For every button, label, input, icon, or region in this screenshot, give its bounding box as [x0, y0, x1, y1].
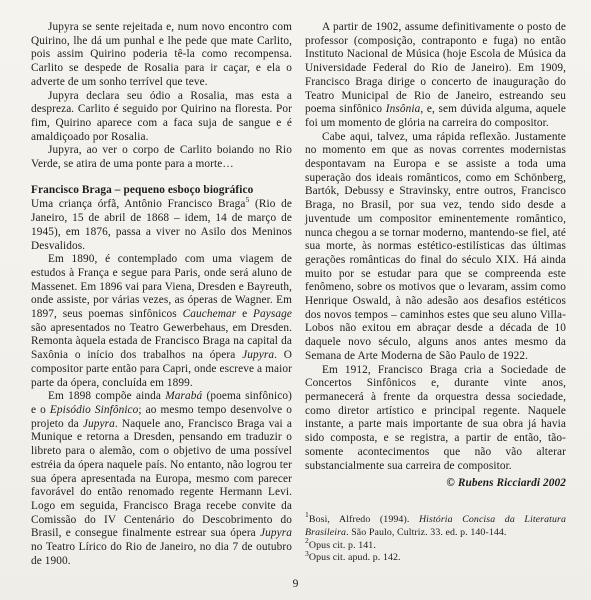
- text-run: Insônia: [386, 103, 421, 115]
- paragraph: Cabe aqui, talvez, uma rápida reflexão. …: [305, 131, 566, 364]
- text-run: Marabá: [165, 390, 202, 402]
- text-run: Episódio Sinfônico: [50, 404, 139, 416]
- text-run: Opus cit. apud. p. 142.: [309, 552, 401, 563]
- footnote-marker: 1: [305, 510, 309, 519]
- paragraph: Jupyra declara seu ódio a Rosalia, mas e…: [31, 90, 292, 145]
- text-run: Em 1898 compõe ainda: [48, 390, 165, 402]
- paragraph: A partir de 1902, assume definitivamente…: [305, 21, 566, 131]
- text-run: Paysage: [253, 308, 292, 320]
- text-run: Jupyra, ao ver o corpo de Carlito boiand…: [31, 144, 292, 170]
- footnote-marker: 2: [305, 536, 309, 545]
- paragraph: Jupyra, ao ver o corpo de Carlito boiand…: [31, 144, 292, 171]
- text-run: © Rubens Ricciardi 2002: [446, 477, 566, 489]
- text-run: Cauchemar: [183, 308, 237, 320]
- text-run: A partir de 1902, assume definitivamente…: [305, 21, 566, 115]
- section-heading: Francisco Braga – pequeno esboço biográf…: [31, 184, 292, 198]
- paragraph: Em 1898 compõe ainda Marabá (poema sinfô…: [31, 390, 292, 568]
- paragraph: Uma criança órfã, Antônio Francisco Brag…: [31, 198, 292, 253]
- text-run: Em 1912, Francisco Braga cria a Sociedad…: [305, 364, 566, 472]
- author-signature: © Rubens Ricciardi 2002: [305, 477, 566, 491]
- text-run: Jupyra: [242, 349, 274, 361]
- page-number: 9: [0, 578, 591, 590]
- footnote: 1Bosi, Alfredo (1994). História Concisa …: [305, 514, 566, 540]
- text-run: Opus cit. p. 141.: [309, 540, 376, 551]
- text-run: Jupyra se sente rejeitada e, num novo en…: [31, 21, 292, 88]
- text-run: no Teatro Lírico do Rio de Janeiro, no d…: [31, 541, 292, 567]
- paragraph: Em 1912, Francisco Braga cria a Sociedad…: [305, 364, 566, 474]
- text-run: Bosi, Alfredo (1994).: [309, 514, 419, 525]
- text-run: Jupyra declara seu ódio a Rosalia, mas e…: [31, 90, 292, 143]
- text-run: Cabe aqui, talvez, uma rápida reflexão. …: [305, 131, 566, 362]
- text-run: Jupyra: [83, 418, 115, 430]
- right-column-text: A partir de 1902, assume definitivamente…: [305, 21, 566, 491]
- text-run: . São Paulo, Cultriz. 33. ed. p. 140-144…: [346, 527, 506, 538]
- text-run: Jupyra: [260, 527, 292, 539]
- text-run: Uma criança órfã, Antônio Francisco Brag…: [31, 198, 246, 210]
- booklet-page: Jupyra se sente rejeitada e, num novo en…: [0, 0, 591, 600]
- footnote: 3Opus cit. apud. p. 142.: [305, 552, 566, 565]
- right-column: A partir de 1902, assume definitivamente…: [305, 21, 566, 568]
- two-column-text: Jupyra se sente rejeitada e, num novo en…: [31, 21, 566, 568]
- footnote-marker: 5: [246, 195, 250, 204]
- footnotes: 1Bosi, Alfredo (1994). História Concisa …: [305, 514, 566, 565]
- text-run: e: [236, 308, 253, 320]
- left-column: Jupyra se sente rejeitada e, num novo en…: [31, 21, 292, 568]
- footnote: 2Opus cit. p. 141.: [305, 540, 566, 553]
- footnote-marker: 3: [305, 549, 309, 558]
- paragraph: Jupyra se sente rejeitada e, num novo en…: [31, 21, 292, 90]
- paragraph: Em 1890, é contemplado com uma viagem de…: [31, 253, 292, 390]
- text-run: . Naquele ano, Francisco Braga vai a Mun…: [31, 418, 292, 540]
- text-run: Francisco Braga – pequeno esboço biográf…: [31, 184, 253, 196]
